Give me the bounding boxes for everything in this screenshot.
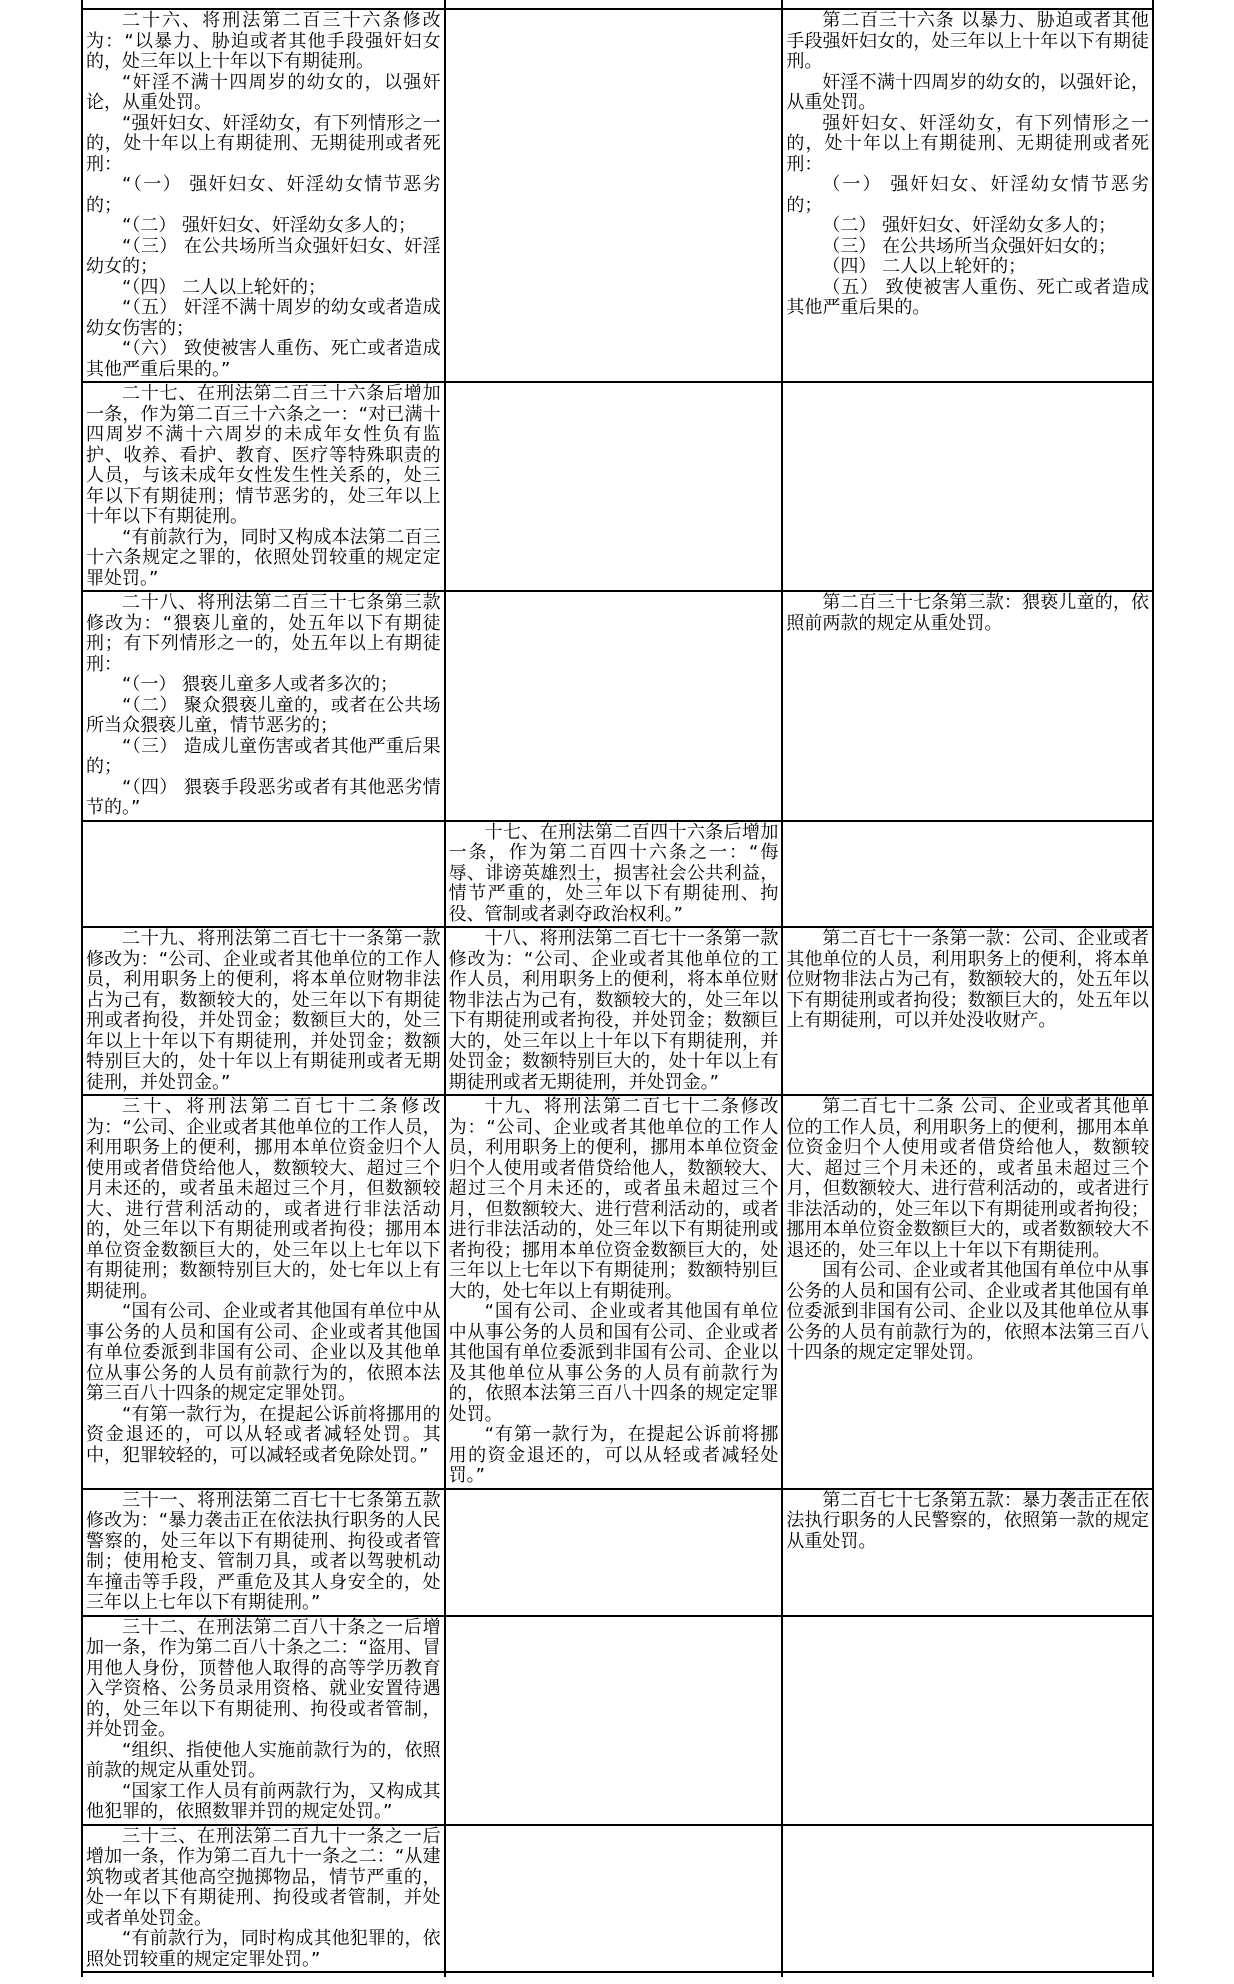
paragraph: “组织、指使他人实施前款行为的，依照前款的规定从重处罚。: [86, 1741, 441, 1782]
law-comparison-table: 二十六、将刑法第二百三十六条修改为：“以暴力、胁迫或者其他手段强奸妇女的，处三年…: [81, 0, 1154, 1977]
paragraph: 三十、将刑法第二百七十二条修改为：“公司、企业或者其他单位的工作人员，利用职务上…: [86, 1097, 441, 1302]
paragraph: （五） 致使被害人重伤、死亡或者造成其他严重后果的。: [786, 278, 1149, 319]
table-cell: 二十八、将刑法第二百三十七条第三款修改为：“猥亵儿童的，处五年以下有期徒刑；有下…: [83, 592, 444, 820]
table-row-partial-top: [83, 0, 1152, 10]
paragraph: 二十七、在刑法第二百三十六条后增加一条，作为第二百三十六条之一：“对已满十四周岁…: [86, 384, 441, 528]
table-cell: [444, 592, 782, 820]
paragraph: 第二百三十六条 以暴力、胁迫或者其他手段强奸妇女的，处三年以上十年以下有期徒刑。: [786, 11, 1149, 73]
table-cell: [781, 822, 1152, 927]
paragraph: 二十八、将刑法第二百三十七条第三款修改为：“猥亵儿童的，处五年以下有期徒刑；有下…: [86, 593, 441, 675]
row-amendment-277: 三十一、将刑法第二百七十七条第五款修改为：“暴力袭击正在依法执行职务的人民警察的…: [83, 1490, 1152, 1617]
paragraph: 国有公司、企业或者其他国有单位中从事公务的人员和国有公司、企业或者其他国有单位委…: [786, 1261, 1149, 1364]
document-page: 二十六、将刑法第二百三十六条修改为：“以暴力、胁迫或者其他手段强奸妇女的，处三年…: [0, 0, 1234, 1984]
table-cell: [781, 383, 1152, 590]
paragraph: “强奸妇女、奸淫幼女，有下列情形之一的，处十年以上有期徒刑、无期徒刑或者死刑：: [86, 114, 441, 176]
table-cell: [781, 1973, 1152, 1977]
paragraph: 二十九、将刑法第二百七十一条第一款修改为：“公司、企业或者其他单位的工作人员，利…: [86, 929, 441, 1093]
paragraph: 十七、在刑法第二百四十六条后增加一条，作为第二百四十六条之一：“侮辱、诽谤英雄烈…: [449, 823, 779, 926]
paragraph: “国有公司、企业或者其他国有单位中从事公务的人员和国有公司、企业或者其他国有单位…: [86, 1302, 441, 1405]
paragraph: “（二） 聚众猥亵儿童的，或者在公共场所当众猥亵儿童，情节恶劣的；: [86, 696, 441, 737]
row-amendment-236: 二十六、将刑法第二百三十六条修改为：“以暴力、胁迫或者其他手段强奸妇女的，处三年…: [83, 10, 1152, 383]
table-cell: 第二百七十七条第五款：暴力袭击正在依法执行职务的人民警察的，依照第一款的规定从重…: [781, 1490, 1152, 1615]
table-cell: [444, 1826, 782, 1972]
table-cell: 第二百七十二条 公司、企业或者其他单位的工作人员，利用职务上的便利，挪用本单位资…: [781, 1096, 1152, 1488]
row-amendment-237: 二十八、将刑法第二百三十七条第三款修改为：“猥亵儿童的，处五年以下有期徒刑；有下…: [83, 592, 1152, 822]
table-cell: 十七、在刑法第二百四十六条后增加一条，作为第二百四十六条之一：“侮辱、诽谤英雄烈…: [444, 822, 782, 927]
paragraph: “（一） 强奸妇女、奸淫幼女情节恶劣的；: [86, 175, 441, 216]
paragraph: “奸淫不满十四周岁的幼女的，以强奸论，从重处罚。: [86, 73, 441, 114]
paragraph: 二十六、将刑法第二百三十六条修改为：“以暴力、胁迫或者其他手段强奸妇女的，处三年…: [86, 11, 441, 73]
table-cell: [781, 1826, 1152, 1972]
paragraph: （一） 强奸妇女、奸淫幼女情节恶劣的；: [786, 175, 1149, 216]
paragraph: 奸淫不满十四周岁的幼女的，以强奸论，从重处罚。: [786, 73, 1149, 114]
table-cell: [444, 383, 782, 590]
table-cell: 第二百三十六条 以暴力、胁迫或者其他手段强奸妇女的，处三年以上十年以下有期徒刑。…: [781, 10, 1152, 381]
table-cell: 二十九、将刑法第二百七十一条第一款修改为：“公司、企业或者其他单位的工作人员，利…: [83, 928, 444, 1094]
paragraph: （三） 在公共场所当众强奸妇女的；: [786, 237, 1149, 258]
paragraph: “（一） 猥亵儿童多人或者多次的；: [86, 675, 441, 696]
paragraph: 第二百七十二条 公司、企业或者其他单位的工作人员，利用职务上的便利，挪用本单位资…: [786, 1097, 1149, 1261]
row-amendment-280-2: 三十二、在刑法第二百八十条之一后增加一条，作为第二百八十条之二：“盗用、冒用他人…: [83, 1617, 1152, 1826]
paragraph: 第二百七十七条第五款：暴力袭击正在依法执行职务的人民警察的，依照第一款的规定从重…: [786, 1491, 1149, 1553]
table-row-partial-bottom: [83, 1973, 1152, 1977]
table-cell: [781, 0, 1152, 8]
paragraph: “有前款行为，同时构成其他犯罪的，依照处罚较重的规定定罪处罚。”: [86, 1929, 441, 1970]
paragraph: 三十三、在刑法第二百九十一条之一后增加一条，作为第二百九十一条之二：“从建筑物或…: [86, 1827, 441, 1930]
table-cell: [444, 1490, 782, 1615]
paragraph: 三十一、将刑法第二百七十七条第五款修改为：“暴力袭击正在依法执行职务的人民警察的…: [86, 1491, 441, 1614]
table-cell: [444, 0, 782, 8]
paragraph: （四） 二人以上轮奸的；: [786, 257, 1149, 278]
table-cell: 第二百三十七条第三款：猥亵儿童的，依照前两款的规定从重处罚。: [781, 592, 1152, 820]
paragraph: “（二） 强奸妇女、奸淫幼女多人的；: [86, 216, 441, 237]
table-cell: 第二百七十一条第一款：公司、企业或者其他单位的人员，利用职务上的便利，将本单位财…: [781, 928, 1152, 1094]
row-amendment-246-1: 十七、在刑法第二百四十六条后增加一条，作为第二百四十六条之一：“侮辱、诽谤英雄烈…: [83, 822, 1152, 929]
table-cell: [444, 10, 782, 381]
paragraph: 第二百七十一条第一款：公司、企业或者其他单位的人员，利用职务上的便利，将本单位财…: [786, 929, 1149, 1032]
table-cell: 三十二、在刑法第二百八十条之一后增加一条，作为第二百八十条之二：“盗用、冒用他人…: [83, 1617, 444, 1824]
paragraph: （二） 强奸妇女、奸淫幼女多人的；: [786, 216, 1149, 237]
paragraph: 第二百三十七条第三款：猥亵儿童的，依照前两款的规定从重处罚。: [786, 593, 1149, 634]
paragraph: 三十二、在刑法第二百八十条之一后增加一条，作为第二百八十条之二：“盗用、冒用他人…: [86, 1618, 441, 1741]
table-cell: 三十三、在刑法第二百九十一条之一后增加一条，作为第二百九十一条之二：“从建筑物或…: [83, 1826, 444, 1972]
row-amendment-271: 二十九、将刑法第二百七十一条第一款修改为：“公司、企业或者其他单位的工作人员，利…: [83, 928, 1152, 1096]
paragraph: 十九、将刑法第二百七十二条修改为：“公司、企业或者其他单位的工作人员，利用职务上…: [449, 1097, 779, 1302]
row-amendment-236-1: 二十七、在刑法第二百三十六条后增加一条，作为第二百三十六条之一：“对已满十四周岁…: [83, 383, 1152, 592]
paragraph: “国家工作人员有前两款行为，又构成其他犯罪的，依照数罪并罚的规定处罚。”: [86, 1782, 441, 1823]
table-cell: [83, 822, 444, 927]
row-amendment-291-2: 三十三、在刑法第二百九十一条之一后增加一条，作为第二百九十一条之二：“从建筑物或…: [83, 1826, 1152, 1974]
table-cell: [83, 0, 444, 8]
paragraph: 十八、将刑法第二百七十一条第一款修改为：“公司、企业或者其他单位的工作人员，利用…: [449, 929, 779, 1093]
paragraph: 强奸妇女、奸淫幼女，有下列情形之一的，处十年以上有期徒刑、无期徒刑或者死刑：: [786, 114, 1149, 176]
table-cell: [781, 1617, 1152, 1824]
table-cell: 二十七、在刑法第二百三十六条后增加一条，作为第二百三十六条之一：“对已满十四周岁…: [83, 383, 444, 590]
table-cell: 三十一、将刑法第二百七十七条第五款修改为：“暴力袭击正在依法执行职务的人民警察的…: [83, 1490, 444, 1615]
table-cell: [444, 1973, 782, 1977]
paragraph: “有第一款行为，在提起公诉前将挪用的资金退还的，可以从轻或者减轻处罚。其中，犯罪…: [86, 1405, 441, 1467]
paragraph: “（四） 二人以上轮奸的；: [86, 278, 441, 299]
paragraph: “（三） 造成儿童伤害或者其他严重后果的；: [86, 737, 441, 778]
table-cell: 十八、将刑法第二百七十一条第一款修改为：“公司、企业或者其他单位的工作人员，利用…: [444, 928, 782, 1094]
paragraph: “国有公司、企业或者其他国有单位中从事公务的人员和国有公司、企业或者其他国有单位…: [449, 1302, 779, 1425]
paragraph: “（五） 奸淫不满十周岁的幼女或者造成幼女伤害的；: [86, 298, 441, 339]
paragraph: “有第一款行为，在提起公诉前将挪用的资金退还的，可以从轻或者减轻处罚。”: [449, 1425, 779, 1487]
table-cell: 三十、将刑法第二百七十二条修改为：“公司、企业或者其他单位的工作人员，利用职务上…: [83, 1096, 444, 1488]
table-cell: 十九、将刑法第二百七十二条修改为：“公司、企业或者其他单位的工作人员，利用职务上…: [444, 1096, 782, 1488]
table-cell: [444, 1617, 782, 1824]
paragraph: “（六） 致使被害人重伤、死亡或者造成其他严重后果的。”: [86, 339, 441, 380]
paragraph: “（四） 猥亵手段恶劣或者有其他恶劣情节的。”: [86, 778, 441, 819]
table-cell: [83, 1973, 444, 1977]
paragraph: “有前款行为，同时又构成本法第二百三十六条规定之罪的，依照处罚较重的规定定罪处罚…: [86, 528, 441, 590]
paragraph: “（三） 在公共场所当众强奸妇女、奸淫幼女的；: [86, 237, 441, 278]
row-amendment-272: 三十、将刑法第二百七十二条修改为：“公司、企业或者其他单位的工作人员，利用职务上…: [83, 1096, 1152, 1490]
table-cell: 二十六、将刑法第二百三十六条修改为：“以暴力、胁迫或者其他手段强奸妇女的，处三年…: [83, 10, 444, 381]
